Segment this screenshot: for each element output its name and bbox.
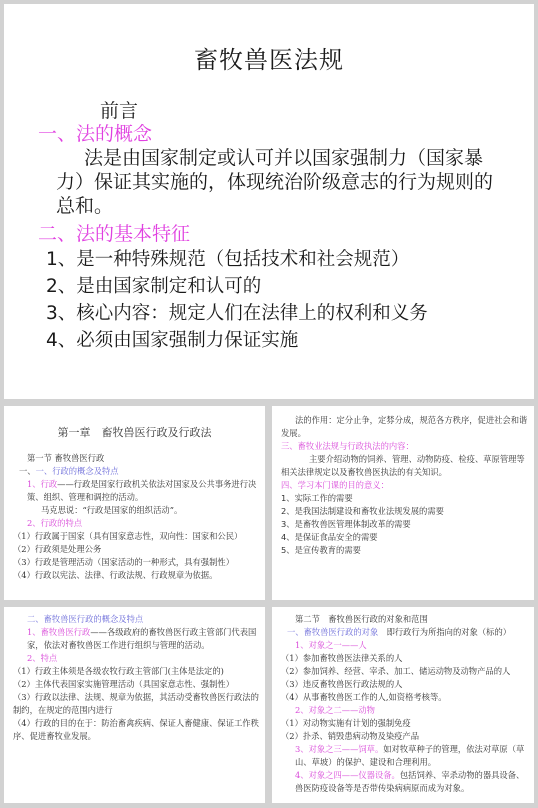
purpose-item: 4、是保证食品安全的需要 <box>281 531 528 544</box>
purpose-item: 5、是宣传教育的需要 <box>281 544 528 557</box>
item-definition: 1、畜牧兽医行政——各级政府的畜牧兽医行政主管部门代表国家，依法对畜牧兽医工作进… <box>13 626 259 652</box>
point: （4）行政以宪法、法律、行政法规、行政规章为依据。 <box>13 569 259 582</box>
sub-heading: 一、畜牧兽医行政的对象 即行政行为所指向的对象（标的） <box>281 626 528 639</box>
item-label: 1、行政 <box>27 479 57 489</box>
function-text: 法的作用：定分止争，定棼分成，规范各方秩序，促进社会和谐发展。 <box>281 414 528 440</box>
purpose-item: 3、是畜牧兽医管理体制改革的需要 <box>281 518 528 531</box>
point: （3）行政是管理活动（国家活动的一种形式，具有强制性） <box>13 556 259 569</box>
slide3-body: 二、畜牧兽医行政的概念及特点 1、畜牧兽医行政——各级政府的畜牧兽医行政主管部门… <box>13 613 259 743</box>
point: （2）主体代表国家实施管理活动（具国家意志性、强制性） <box>13 678 259 691</box>
concept-paragraph: 法是由国家制定或认可并以国家强制力（国家暴力）保证其实施的，体现统治阶级意志的行… <box>38 146 504 218</box>
point: （3）违反畜牧兽医行政法规的人 <box>281 678 528 691</box>
section-title: 第二节 畜牧兽医行政的对象和范围 <box>281 613 528 626</box>
main-body: 一、法的概念 法是由国家制定或认可并以国家强制力（国家暴力）保证其实施的，体现统… <box>38 122 504 354</box>
feature-item: 1、是一种特殊规范（包括技术和社会规范） <box>38 246 504 273</box>
point: （3）行政以法律、法规、规章为依据，其活动受畜牧兽医行政法的制约，在规定的范围内… <box>13 691 259 717</box>
section-heading-features: 二、法的基本特征 <box>38 222 504 246</box>
object-item: 3、对象之三——饲草。如对牧草种子的管理，依法对草原（草山、草坡）的保护、建设和… <box>281 743 528 769</box>
point: （1）对动物实施有计划的强制免疫 <box>281 717 528 730</box>
object-heading: 2、对象之二——动物 <box>281 704 528 717</box>
section-title: 第一节 畜牧兽医行政 <box>13 452 259 465</box>
sub-heading: 一、一、行政的概念及特点 <box>13 465 259 478</box>
slide-main: 畜牧兽医法规 前言 一、法的概念 法是由国家制定或认可并以国家强制力（国家暴力）… <box>4 4 534 399</box>
slide1-body: 第一节 畜牧兽医行政 一、一、行政的概念及特点 1、行政——行政是国家行政机关依… <box>13 452 259 582</box>
item-label: 2、行政的特点 <box>13 517 259 530</box>
object-heading: 1、对象之一——人 <box>281 639 528 652</box>
sub-heading: 三、畜牧业法规与行政执法的内容： <box>281 440 528 453</box>
object-item: 4、对象之四——仪器设备。包括饲养、宰杀动物的器具设备、兽医防疫设备等是否带传染… <box>281 769 528 795</box>
point: （2）参加饲养、经营、宰杀、加工、储运动物及动物产品的人 <box>281 665 528 678</box>
slide4-body: 第二节 畜牧兽医行政的对象和范围 一、畜牧兽医行政的对象 即行政行为所指向的对象… <box>281 613 528 795</box>
slide2-body: 法的作用：定分止争，定棼分成，规范各方秩序，促进社会和谐发展。 三、畜牧业法规与… <box>281 414 528 557</box>
slide-title: 畜牧兽医法规 <box>4 40 534 75</box>
sub-heading: 二、畜牧兽医行政的概念及特点 <box>13 613 259 626</box>
item-definition: 1、行政——行政是国家行政机关依法对国家及公共事务进行决策、组织、管理和调控的活… <box>13 478 259 504</box>
point: （1）参加畜牧兽医法律关系的人 <box>281 652 528 665</box>
item-label: 1、畜牧兽医行政 <box>27 627 90 637</box>
preface-label: 前言 <box>100 96 138 123</box>
quote: 马克思说：“行政是国家的组织活动”。 <box>13 504 259 517</box>
slide-thumbnail-1[interactable]: 第一章 畜牧兽医行政及行政法 第一节 畜牧兽医行政 一、一、行政的概念及特点 1… <box>4 406 265 600</box>
purpose-item: 2、是我国法制建设和畜牧业法规发展的需要 <box>281 505 528 518</box>
slide-thumbnail-2[interactable]: 法的作用：定分止争，定棼分成，规范各方秩序，促进社会和谐发展。 三、畜牧业法规与… <box>272 406 534 600</box>
point: （2）行政须是处理公务 <box>13 543 259 556</box>
point: （1）行政主体须是各级农牧行政主管部门(主体是法定的) <box>13 665 259 678</box>
point: （1）行政属于国家（具有国家意志性，双向性：国家和公民） <box>13 530 259 543</box>
item-label: 2、特点 <box>13 652 259 665</box>
feature-item: 3、核心内容：规定人们在法律上的权利和义务 <box>38 300 504 327</box>
content-text: 主要介绍动物的饲养、管理、动物防疫、检疫、草原管理等相关法律规定以及畜牧兽医执法… <box>281 453 528 479</box>
purpose-item: 1、实际工作的需要 <box>281 492 528 505</box>
point: （2）扑杀、销毁患病动物及染疫产品 <box>281 730 528 743</box>
features-list: 1、是一种特殊规范（包括技术和社会规范） 2、是由国家制定和认可的 3、核心内容… <box>38 246 504 354</box>
chapter-title: 第一章 畜牧兽医行政及行政法 <box>4 426 265 439</box>
slide-thumbnail-4[interactable]: 第二节 畜牧兽医行政的对象和范围 一、畜牧兽医行政的对象 即行政行为所指向的对象… <box>272 607 534 803</box>
feature-item: 2、是由国家制定和认可的 <box>38 273 504 300</box>
feature-item: 4、必须由国家强制力保证实施 <box>38 327 504 354</box>
point: （4）行政的目的在于：防治畜禽疾病、保证人畜健康、保证工作秩序、促进畜牧业发展。 <box>13 717 259 743</box>
sub-heading: 四、学习本门课的目的意义： <box>281 479 528 492</box>
slide-thumbnail-3[interactable]: 二、畜牧兽医行政的概念及特点 1、畜牧兽医行政——各级政府的畜牧兽医行政主管部门… <box>4 607 265 803</box>
point: （4）从事畜牧兽医工作的人,如资格考核等。 <box>281 691 528 704</box>
section-heading-concept: 一、法的概念 <box>38 122 504 146</box>
